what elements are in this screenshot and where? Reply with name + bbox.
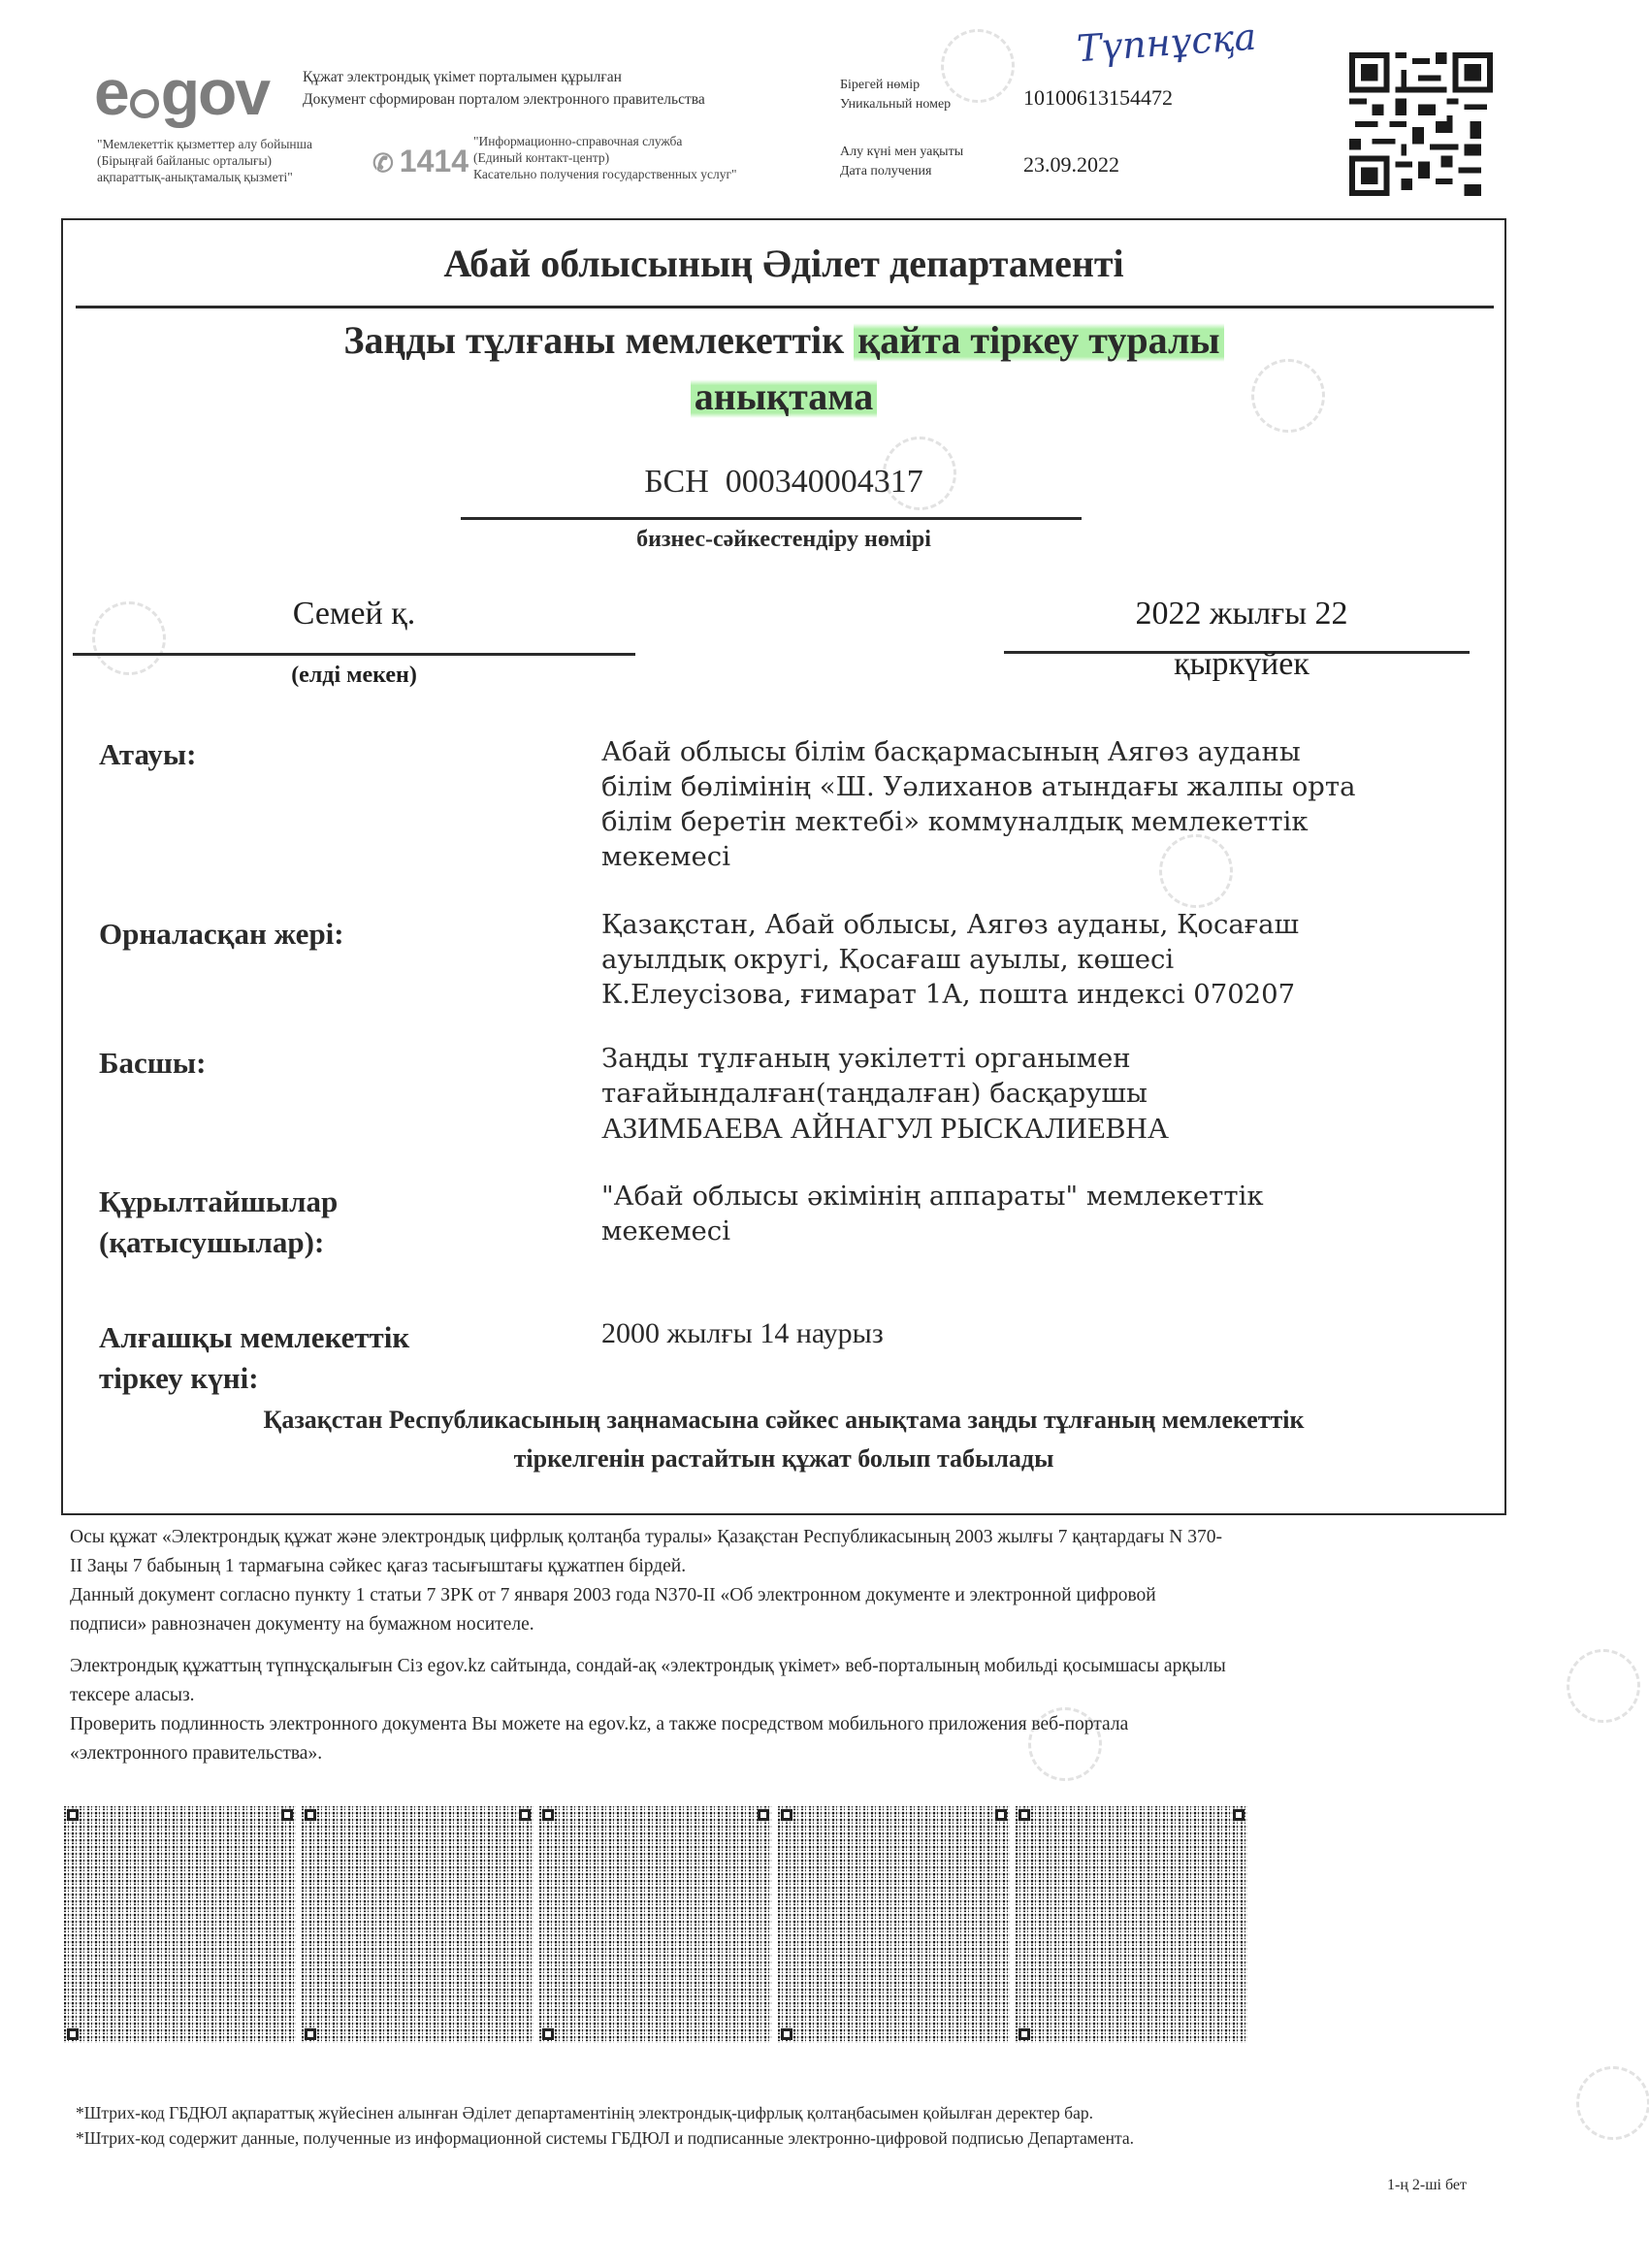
footnote-line: тексере аласыз. [70,1681,1515,1710]
issue-date-line2: қыркүйек [999,646,1484,683]
service-kz-line: (Бірыңғай байланыс орталығы) [97,152,312,169]
field-label-line: тіркеу күні: [99,1358,409,1399]
document-title-highlighted: қайта тіркеу туралы [854,318,1223,362]
document-title-highlighted: анықтама [691,374,877,418]
service-info-kz: "Мемлекеттік қызметтер алу бойынша (Біры… [97,136,312,185]
verify-note-ru: Проверить подлинность электронного докум… [70,1710,1515,1768]
legal-validity-note: Қазақстан Республикасының заңнамасына сә… [61,1401,1506,1478]
barcode-finder-icon [542,2028,554,2040]
barcode-finder-icon [67,2028,79,2040]
field-label-line: Атауы: [99,734,196,775]
field-value-line: "Абай облысы әкімінің аппараты" мемлекет… [601,1179,1494,1214]
watermark-ornament-icon [1576,2066,1649,2140]
title-divider [76,306,1494,308]
logo-text-gov: gov [161,56,269,128]
field-label-line: (қатысушылар): [99,1222,338,1263]
settlement-caption: (елді мекен) [73,663,635,689]
footnote-line: Проверить подлинность электронного докум… [70,1710,1515,1739]
service-info-ru: "Информационно-справочная служба (Единый… [473,133,737,182]
egov-swirl-icon [130,89,159,118]
barcode-note-ru: *Штрих-код содержит данные, полученные и… [76,2125,1511,2151]
portal-caption-kz: Құжат электрондық үкімет порталымен құры… [303,66,705,88]
service-ru-line: Касательно получения государственных усл… [473,166,737,182]
field-value-founders: "Абай облысы әкімінің аппараты" мемлекет… [601,1179,1494,1248]
field-value-line: білім беретін мектебі» коммуналдық мемле… [601,804,1494,839]
page-number: 1-ң 2-ші бет [1387,2177,1467,2194]
barcode-finder-icon [519,1809,531,1821]
field-label-location: Орналасқан жері: [99,914,344,955]
bsn-caption: бизнес-сәйкестендіру нөмірі [61,527,1506,553]
field-label-name: Атауы: [99,734,196,775]
field-label-first-registration: Алғашқы мемлекеттік тіркеу күні: [99,1317,409,1399]
field-value-line: К.Елеусізова, ғимарат 1А, пошта индексі … [601,977,1494,1012]
barcode-finder-icon [305,1809,316,1821]
barcode-finder-icon [542,1809,554,1821]
date-label-kz: Алу күні мен уақыты [840,143,963,162]
footnote-line: «электронного правительства». [70,1739,1515,1768]
phone-icon: ✆ [372,148,394,178]
service-kz-line: "Мемлекеттік қызметтер алу бойынша [97,136,312,152]
document-title: Заңды тұлғаны мемлекеттік қайта тіркеу т… [61,312,1506,425]
footnote-line: Осы құжат «Электрондық құжат және электр… [70,1523,1515,1552]
service-ru-line: "Информационно-справочная служба [473,133,737,149]
barcode-icon [778,1806,1010,2043]
legal-note-line: Қазақстан Республикасының заңнамасына сә… [61,1401,1506,1440]
field-label-line: Басшы: [99,1043,206,1084]
handwritten-signature: Түпнұсқа [1076,16,1258,71]
portal-caption: Құжат электрондық үкімет порталымен құры… [303,66,705,111]
field-value-line: 2000 жылғы 14 наурыз [601,1316,1494,1351]
equivalence-note-ru: Данный документ согласно пункту 1 статьи… [70,1581,1515,1639]
qr-code-icon [1348,52,1494,196]
barcode-finder-icon [67,1809,79,1821]
barcode-finder-icon [995,1809,1007,1821]
portal-caption-ru: Документ сформирован порталом электронно… [303,88,705,111]
unique-number-label-ru: Уникальный номер [840,95,951,114]
field-value-location: Қазақстан, Абай облысы, Аягөз ауданы, Қо… [601,907,1494,1012]
footnote-line: Электрондық құжаттың түпнұсқалығын Сіз e… [70,1652,1515,1681]
barcode-note-kz: *Штрих-код ГБДЮЛ ақпараттық жүйесінен ал… [76,2100,1511,2125]
legal-note-line: тіркелгенін растайтын құжат болып табыла… [61,1440,1506,1478]
field-value-line: білім бөлімінің «Ш. Уәлиханов атындағы ж… [601,769,1494,804]
service-kz-line: ақпараттық-анықтамалық қызметі" [97,169,312,185]
field-value-name: Абай облысы білім басқармасының Аягөз ау… [601,734,1494,874]
field-value-line: АЗИМБАЕВА АЙНАГУЛ РЫСКАЛИЕВНА [601,1111,1494,1146]
barcode-finder-icon [281,1809,293,1821]
field-label-line: Құрылтайшылар [99,1182,338,1222]
verify-note-kz: Электрондық құжаттың түпнұсқалығын Сіз e… [70,1652,1515,1710]
field-value-head: Заңды тұлғаның уәкілетті органымен тағай… [601,1041,1494,1146]
service-ru-line: (Единый контакт-центр) [473,149,737,166]
footnote-line: подписи» равнозначен документу на бумажн… [70,1610,1515,1639]
field-label-line: Алғашқы мемлекеттік [99,1317,409,1358]
unique-number-labels: Бірегей нөмір Уникальный номер [840,76,951,114]
unique-number: 10100613154472 [1023,85,1173,111]
field-value-line: ауылдық округі, Қосағаш ауылы, көшесі [601,942,1494,977]
equivalence-note-kz: Осы құжат «Электрондық құжат және электр… [70,1523,1515,1581]
barcode-icon [302,1806,533,2043]
field-value-line: тағайындалған(таңдалған) басқарушы [601,1076,1494,1111]
settlement-value: Семей қ. [73,596,635,632]
watermark-ornament-icon [1567,1649,1640,1723]
unique-number-label-kz: Бірегей нөмір [840,76,951,95]
department-title: Абай облысының Әділет департаменті [61,241,1506,286]
footnote-line: II Заңы 7 бабының 1 тармағына сәйкес қағ… [70,1552,1515,1581]
field-value-line: Заңды тұлғаның уәкілетті органымен [601,1041,1494,1076]
issue-date-line1: 2022 жылғы 22 [999,596,1484,632]
barcode-finder-icon [1018,1809,1030,1821]
bsn-label: БСН [644,464,709,500]
document-title-plain: Заңды тұлғаны мемлекеттік [343,318,854,362]
contact-phone: ✆1414 [372,144,469,179]
settlement-underline [73,653,635,656]
field-label-line: Орналасқан жері: [99,914,344,955]
footnote-line: Данный документ согласно пункту 1 статьи… [70,1581,1515,1610]
barcode-finder-icon [1018,2028,1030,2040]
field-value-line: мекемесі [601,1214,1494,1248]
barcode-finder-icon [1233,1809,1245,1821]
barcode-finder-icon [758,1809,769,1821]
field-value-line: Қазақстан, Абай облысы, Аягөз ауданы, Қо… [601,907,1494,942]
field-value-first-registration: 2000 жылғы 14 наурыз [601,1316,1494,1351]
bsn-value: 000340004317 [726,464,923,500]
field-value-line: мекемесі [601,839,1494,874]
barcode-icon [64,1806,296,2043]
phone-number: 1414 [400,144,469,178]
signature-barcodes [64,1806,1247,2043]
egov-logo: egov [94,60,269,124]
barcode-finder-icon [781,1809,792,1821]
date-received-labels: Алу күні мен уақыты Дата получения [840,143,963,181]
barcode-icon [1016,1806,1247,2043]
field-label-head: Басшы: [99,1043,206,1084]
watermark-ornament-icon [941,29,1015,103]
bsn-number: БСН 000340004317 [61,464,1506,501]
bsn-underline [461,517,1082,520]
date-received: 23.09.2022 [1023,152,1119,178]
date-label-ru: Дата получения [840,162,963,181]
barcode-finder-icon [781,2028,792,2040]
barcode-icon [539,1806,771,2043]
field-value-line: Абай облысы білім басқармасының Аягөз ау… [601,734,1494,769]
field-label-founders: Құрылтайшылар (қатысушылар): [99,1182,338,1263]
logo-text-e: e [94,56,128,128]
barcode-finder-icon [305,2028,316,2040]
